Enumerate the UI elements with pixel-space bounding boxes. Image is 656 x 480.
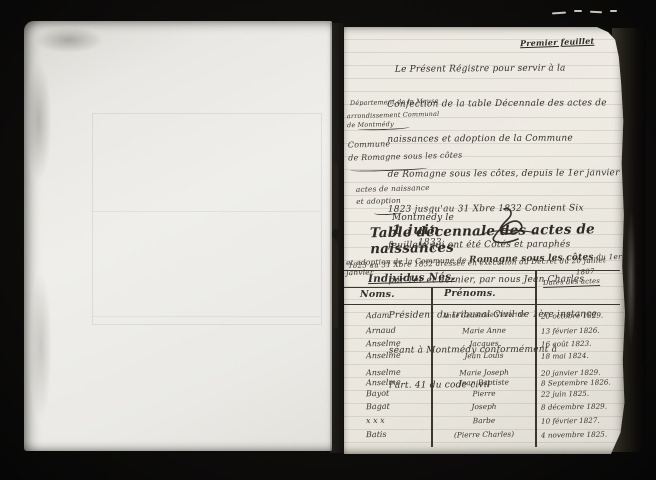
table-row: Adam Anne Catherine Victorine 20 octobre… — [344, 311, 625, 324]
cell-date: 4 novembre 1825. — [541, 429, 621, 439]
cell-date: 20 octobre 1829. — [541, 310, 621, 320]
cell-prenoms: Jacques — [436, 338, 532, 349]
table-group-header: Individus Nés. — [368, 271, 455, 285]
cell-date: 20 janvier 1829. — [541, 367, 621, 377]
margin-note-commune: Commune de Romagne sous les côtes — [348, 136, 463, 165]
paper-smudge — [34, 27, 104, 53]
gutter-shadow-line — [341, 23, 343, 453]
paper-smudge — [30, 271, 52, 421]
cell-nom: Bagat — [366, 402, 390, 411]
cell-prenoms: Barbe — [436, 415, 532, 426]
cell-nom: Anselme — [366, 351, 401, 361]
table-row: Bayot Pierre 22 juin 1825. — [344, 389, 625, 402]
table-row: Anselme Jean Louis 18 mai 1824. — [344, 351, 625, 364]
cell-nom: x x x — [366, 416, 385, 425]
table-row: Bagat Joseph 8 décembre 1829. — [344, 402, 625, 415]
dateline-place: Montmédy le — [392, 213, 454, 223]
cell-date: 13 février 1826. — [541, 325, 621, 335]
cell-nom: Adam — [366, 311, 389, 320]
book-gutter — [330, 23, 344, 453]
ink-bleedthrough-outline — [92, 113, 322, 325]
cell-prenoms: Joseph — [436, 401, 532, 412]
table-header-underline — [344, 304, 620, 305]
table-border-top — [344, 270, 620, 271]
cell-prenoms: Anne Catherine Victorine — [432, 310, 536, 320]
column-header-noms: Noms. — [360, 289, 395, 300]
pen-trial-marks — [552, 8, 622, 18]
cell-prenoms: Jean Louis — [436, 350, 532, 361]
cell-nom: Anselme — [366, 378, 401, 388]
cell-nom: Anselme — [366, 339, 401, 349]
cell-date: 18 mai 1824. — [541, 350, 621, 360]
binding-stitch — [333, 241, 338, 329]
binding-stitch — [333, 163, 338, 233]
cell-nom: Batis — [366, 430, 387, 439]
cell-prenoms: Marie Anne — [436, 325, 532, 336]
cell-prenoms: Jean Baptiste — [436, 377, 532, 388]
page-edge-highlight — [626, 208, 636, 348]
table-row: Arnaud Marie Anne 13 février 1826. — [344, 326, 625, 339]
cell-prenoms: Pierre — [436, 388, 532, 399]
cell-date: 10 février 1827. — [541, 415, 621, 425]
cell-nom: Anselme — [366, 368, 401, 378]
cell-date: 16 août 1823. — [541, 338, 621, 348]
cell-date: 22 juin 1825. — [541, 388, 621, 398]
register-photograph: Premier feuillet Le Présent Régistre pou… — [0, 0, 656, 480]
cell-prenoms: Marie Joseph — [436, 367, 532, 378]
cell-nom: Bayot — [366, 389, 389, 398]
cell-date: 8 Septembre 1826. — [541, 377, 621, 387]
cell-prenoms: (Pierre Charles) — [436, 429, 532, 440]
table-row: x x x Barbe 10 février 1827. — [344, 416, 625, 429]
column-header-prenoms: Prénoms. — [444, 288, 496, 299]
ink-bleedthrough-line — [92, 211, 320, 212]
table-row: Batis (Pierre Charles) 4 novembre 1825. — [344, 430, 625, 443]
right-page: Premier feuillet Le Présent Régistre pou… — [344, 27, 625, 454]
paragraph-line: Le Présent Régistre pour servir à la — [387, 60, 619, 79]
ink-bleedthrough-line — [92, 316, 320, 317]
binding-knot — [332, 229, 340, 239]
left-page — [24, 21, 332, 451]
paper-smudge — [26, 61, 52, 181]
cell-nom: Arnaud — [366, 326, 396, 336]
table-title-year: 1807 — [576, 267, 595, 276]
cell-date: 8 décembre 1829. — [541, 401, 621, 411]
